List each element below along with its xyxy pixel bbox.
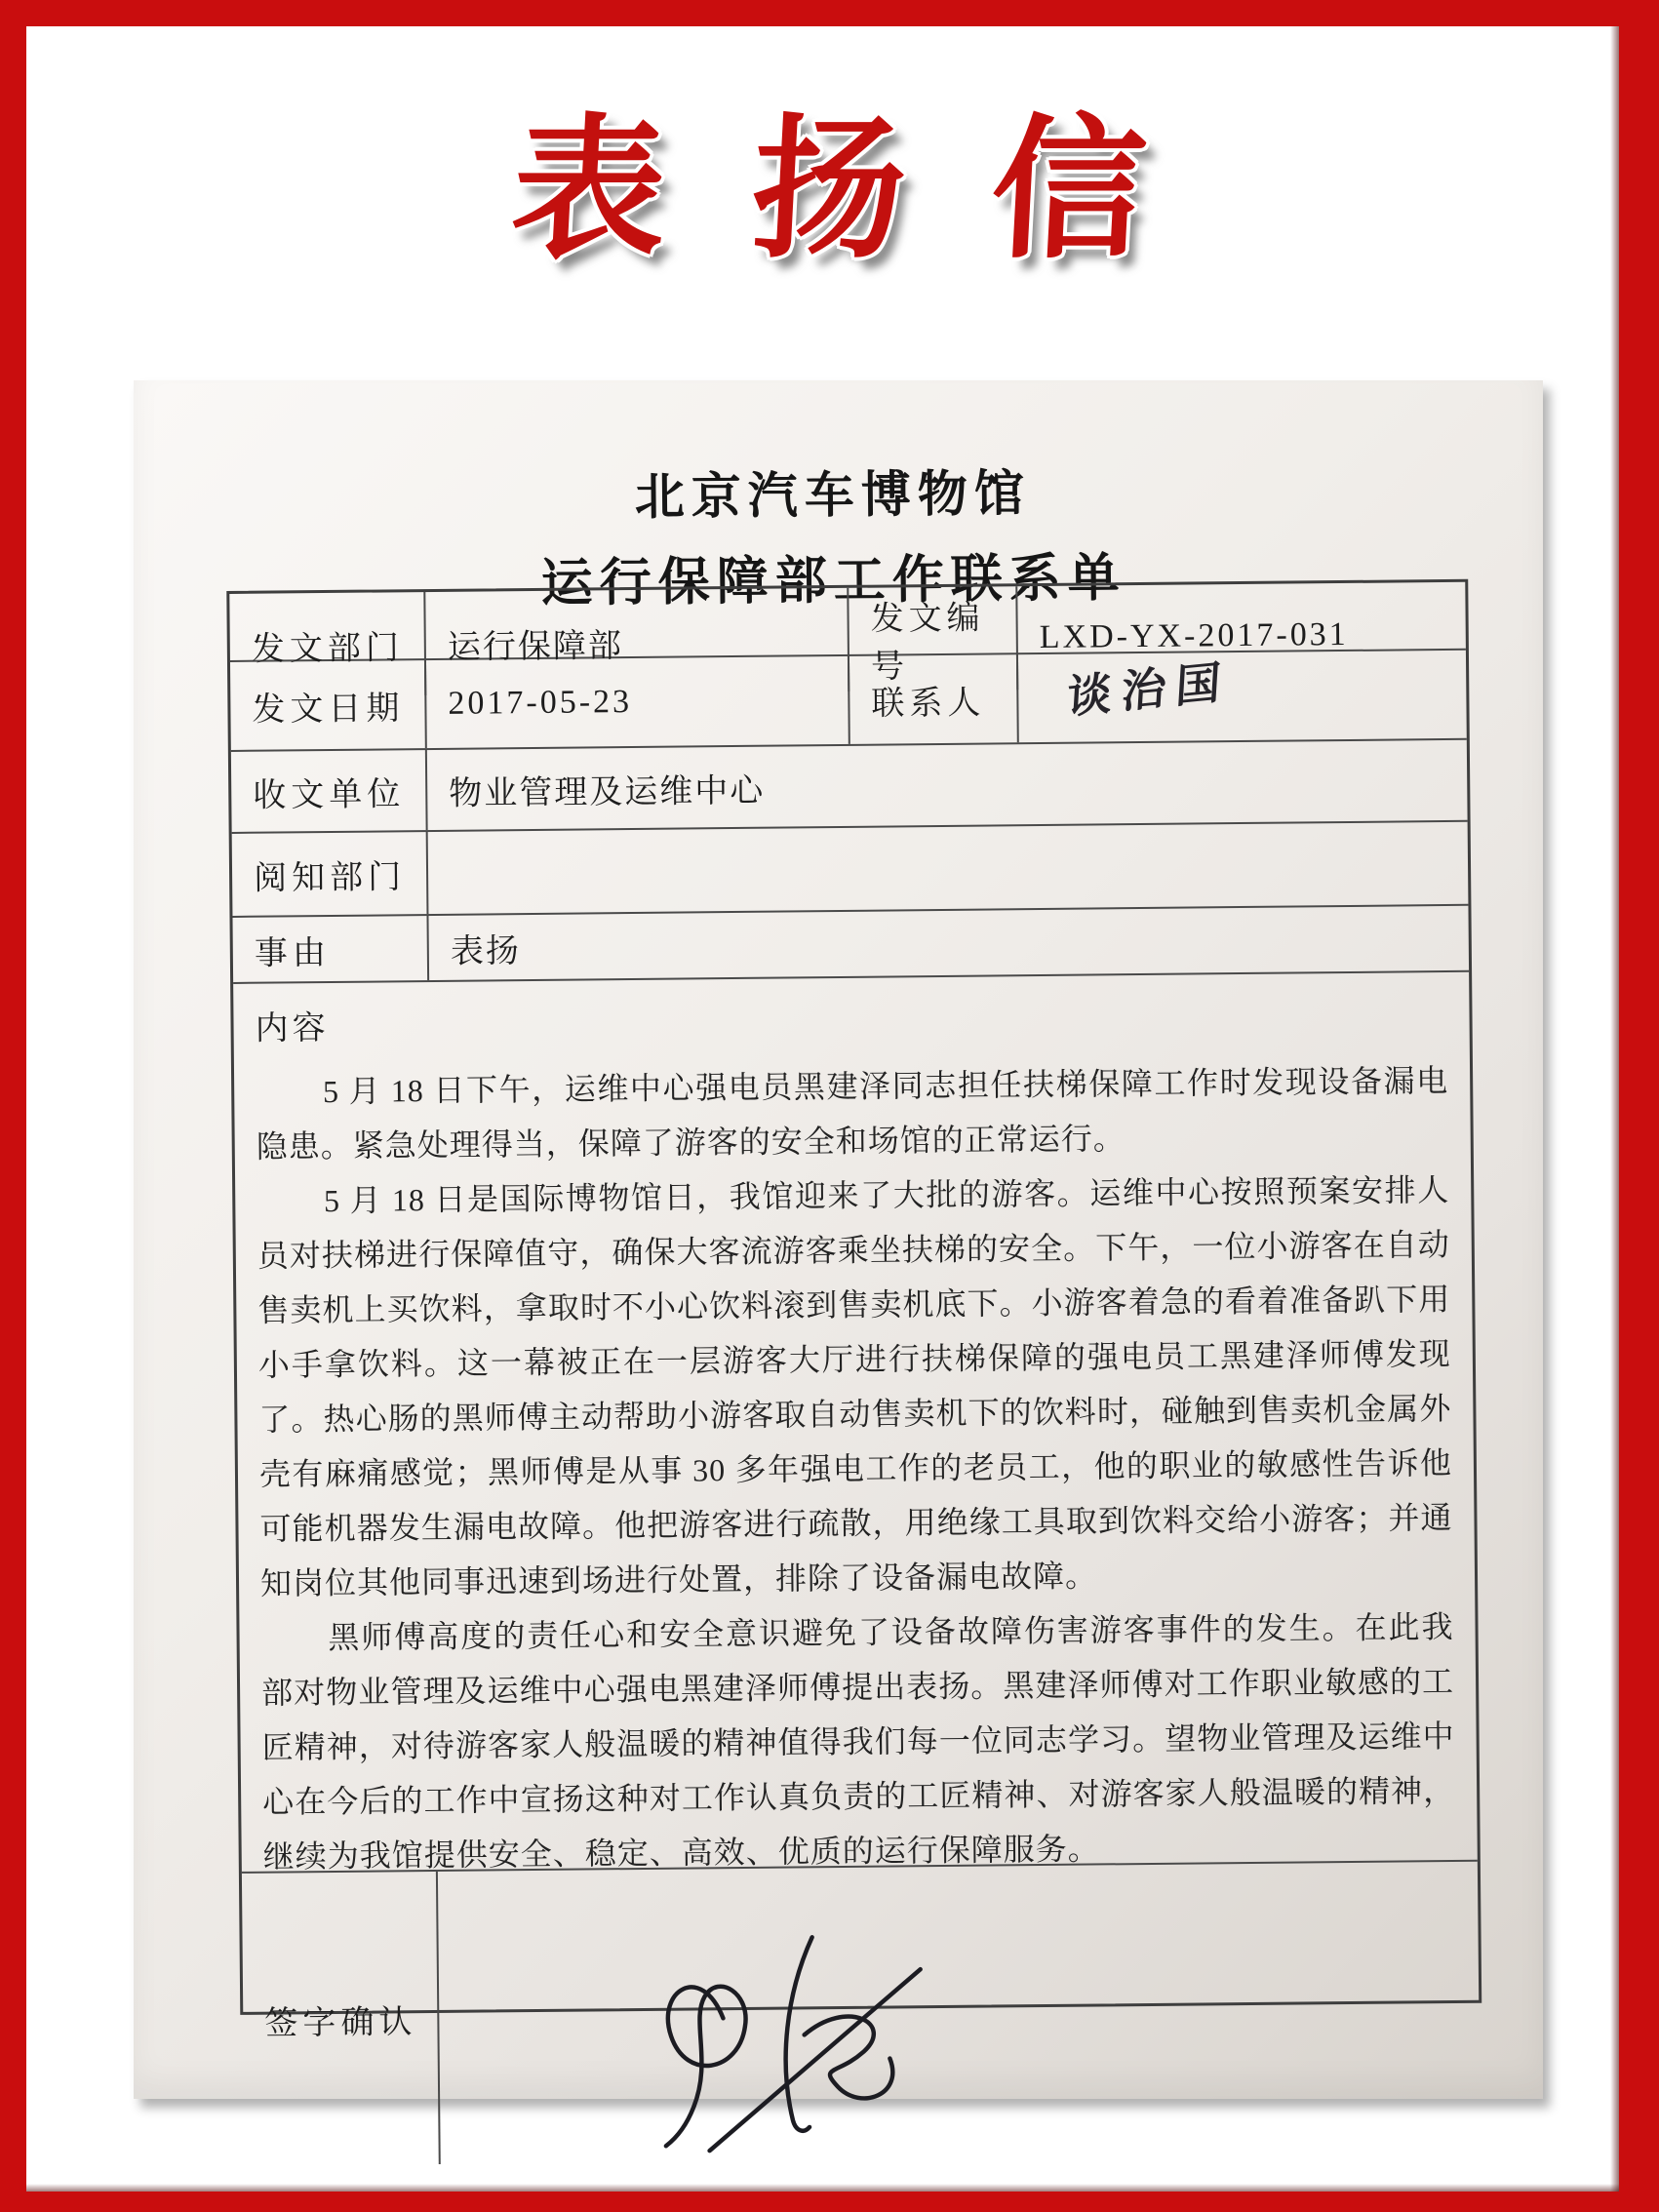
subject-value: 表扬: [426, 906, 1469, 980]
content-paragraph-1: 5 月 18 日下午，运维中心强电员黑建泽同志担任扶梯保障工作时发现设备漏电隐患…: [256, 1053, 1449, 1174]
table-row-content: 内容 5 月 18 日下午，运维中心强电员黑建泽同志担任扶梯保障工作时发现设备漏…: [233, 972, 1478, 1874]
table-row-receiving-unit: 收文单位 物业管理及运维中心: [231, 740, 1468, 834]
document-photo: 北京汽车博物馆 运行保障部工作联系单 发文部门 运行保障部 发文编号 LXD-Y…: [134, 380, 1543, 2099]
frame-inner-shadow-right: [1610, 26, 1619, 2192]
sign-confirm-cell: [436, 1862, 1481, 2164]
content-cell: 内容 5 月 18 日下午，运维中心强电员黑建泽同志担任扶梯保障工作时发现设备漏…: [233, 972, 1478, 1872]
content-label: 内容: [255, 990, 1447, 1049]
frame-inner-shadow-bottom: [26, 2184, 1619, 2192]
table-row-issuing-dept: 发文部门 运行保障部 发文编号 LXD-YX-2017-031: [229, 582, 1466, 662]
page-title: 表扬信: [0, 66, 1659, 288]
table-row-cc-dept: 阅知部门: [232, 822, 1469, 918]
receiving-unit-label: 收文单位: [231, 750, 426, 832]
issue-date-value: 2017-05-23: [424, 656, 849, 748]
confirmation-signature-scribble: [620, 1912, 973, 2158]
content-paragraph-2: 5 月 18 日是国际博物馆日，我馆迎来了大批的游客。运维中心按照预案安排人员对…: [257, 1163, 1453, 1611]
sign-confirm-label: 签字确认: [242, 1872, 439, 2166]
issue-date-label: 发文日期: [230, 660, 425, 750]
paper-content: 北京汽车博物馆 运行保障部工作联系单 发文部门 运行保障部 发文编号 LXD-Y…: [127, 374, 1553, 2106]
subject-label: 事由: [232, 916, 427, 982]
table-row-issue-date: 发文日期 2017-05-23 联系人 谈治国: [230, 651, 1467, 752]
cc-dept-value: [426, 822, 1469, 914]
doc-title-line1: 北京汽车博物馆: [127, 374, 1537, 533]
contact-value-cell: 谈治国: [1016, 651, 1467, 742]
contact-label: 联系人: [848, 654, 1017, 744]
contact-handwritten-name: 谈治国: [1065, 646, 1232, 727]
work-contact-form-table: 发文部门 运行保障部 发文编号 LXD-YX-2017-031 发文日期 201…: [226, 579, 1481, 2015]
content-paragraph-3: 黑师傅高度的责任心和安全意识避免了设备故障伤害游客事件的发生。在此我部对物业管理…: [260, 1600, 1456, 1872]
receiving-unit-value: 物业管理及运维中心: [425, 740, 1468, 830]
cc-dept-label: 阅知部门: [232, 832, 427, 916]
table-row-sign-confirm: 签字确认: [242, 1862, 1479, 2012]
table-row-subject: 事由 表扬: [232, 906, 1469, 984]
